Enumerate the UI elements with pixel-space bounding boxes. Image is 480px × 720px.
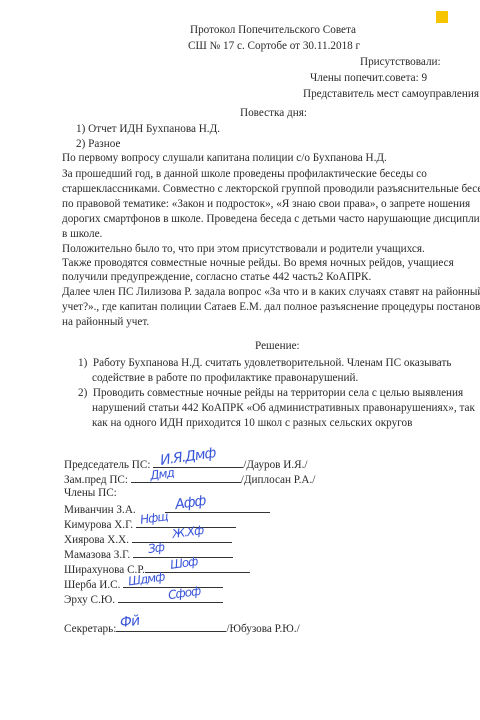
- deputy-label: Зам.пред ПС:: [64, 474, 128, 486]
- decision-heading: Решение:: [255, 340, 300, 352]
- body-line: Также проводятся совместные ночные рейды…: [62, 256, 454, 270]
- body-line: учет?»., где капитан полиции Сатаев Е.М.…: [62, 300, 480, 314]
- secretary-label: Секретарь:: [64, 623, 116, 635]
- decision-line: 2) Проводить совместные ночные рейды на …: [78, 386, 463, 400]
- title-line-2: СШ № 17 с. Сортобе от 30.11.2018 г: [188, 40, 360, 52]
- body-line: Далее член ПС Лилизова Р. задала вопрос …: [62, 285, 480, 299]
- members-count: Члены попечит.совета: 9: [310, 72, 427, 84]
- title-line-1: Протокол Попечительского Совета: [190, 24, 356, 36]
- body-line: За прошедший год, в данной школе проведе…: [62, 167, 427, 181]
- chair-label: Председатель ПС:: [64, 459, 150, 471]
- member-name: Шерба И.С.: [64, 579, 120, 591]
- yellow-marker: [436, 11, 448, 23]
- deputy-signature-line: [131, 471, 241, 483]
- member-name: Хиярова Х.Х.: [64, 534, 129, 546]
- present-label: Присутствовали:: [360, 56, 441, 68]
- body-line: По первому вопросу слушали капитана поли…: [62, 151, 387, 165]
- agenda-heading: Повестка дня:: [240, 107, 307, 119]
- agenda-item-2: 2) Разное: [76, 138, 120, 150]
- body-line: старшеклассниками. Совместно с лекторско…: [62, 182, 480, 196]
- secretary-row: Секретарь:/Юбузова Р.Ю./: [64, 620, 300, 636]
- member-name: Мамазова З.Г.: [64, 549, 130, 561]
- decision-line: содействие в работе по профилактике прав…: [78, 371, 358, 385]
- handwritten-signature: Зф: [147, 540, 165, 556]
- decision-line: как на одного ИДН приходится 10 школ с р…: [78, 416, 412, 430]
- deputy-name: /Диплосан Р.А./: [241, 474, 316, 486]
- handwritten-signature: Фй: [119, 613, 140, 632]
- body-line: Положительно было то, что при этом прису…: [62, 242, 425, 256]
- body-line: на районный учет.: [62, 315, 149, 329]
- member-name: Миванчин З.А.: [64, 504, 136, 516]
- body-line: по правовой тематике: «Закон и подросток…: [62, 197, 470, 211]
- agenda-item-1: 1) Отчет ИДН Бухпанова Н.Д.: [76, 123, 220, 135]
- chair-name: /Дауров И.Я./: [243, 459, 307, 471]
- local-gov-rep: Представитель мест самоуправления:1: [303, 88, 480, 100]
- secretary-name: /Юбузова Р.Ю./: [226, 623, 299, 635]
- member-name: Эрху С.Ю.: [64, 594, 115, 606]
- members-label: Члены ПС:: [64, 486, 117, 500]
- decision-line: нарушений статьи 442 КоАПРК «Об админист…: [78, 401, 475, 415]
- member-name: Кимурова Х.Г.: [64, 519, 133, 531]
- decision-line: 1) Работу Бухпанова Н.Д. считать удовлет…: [78, 356, 451, 370]
- body-line: получили предупреждение, согласно статье…: [62, 270, 371, 284]
- deputy-row: Зам.пред ПС: /Диплосан Р.А./: [64, 471, 315, 487]
- body-line: в школе.: [62, 227, 102, 241]
- body-line: дорогих смартфонов в школе. Проведена бе…: [62, 212, 480, 226]
